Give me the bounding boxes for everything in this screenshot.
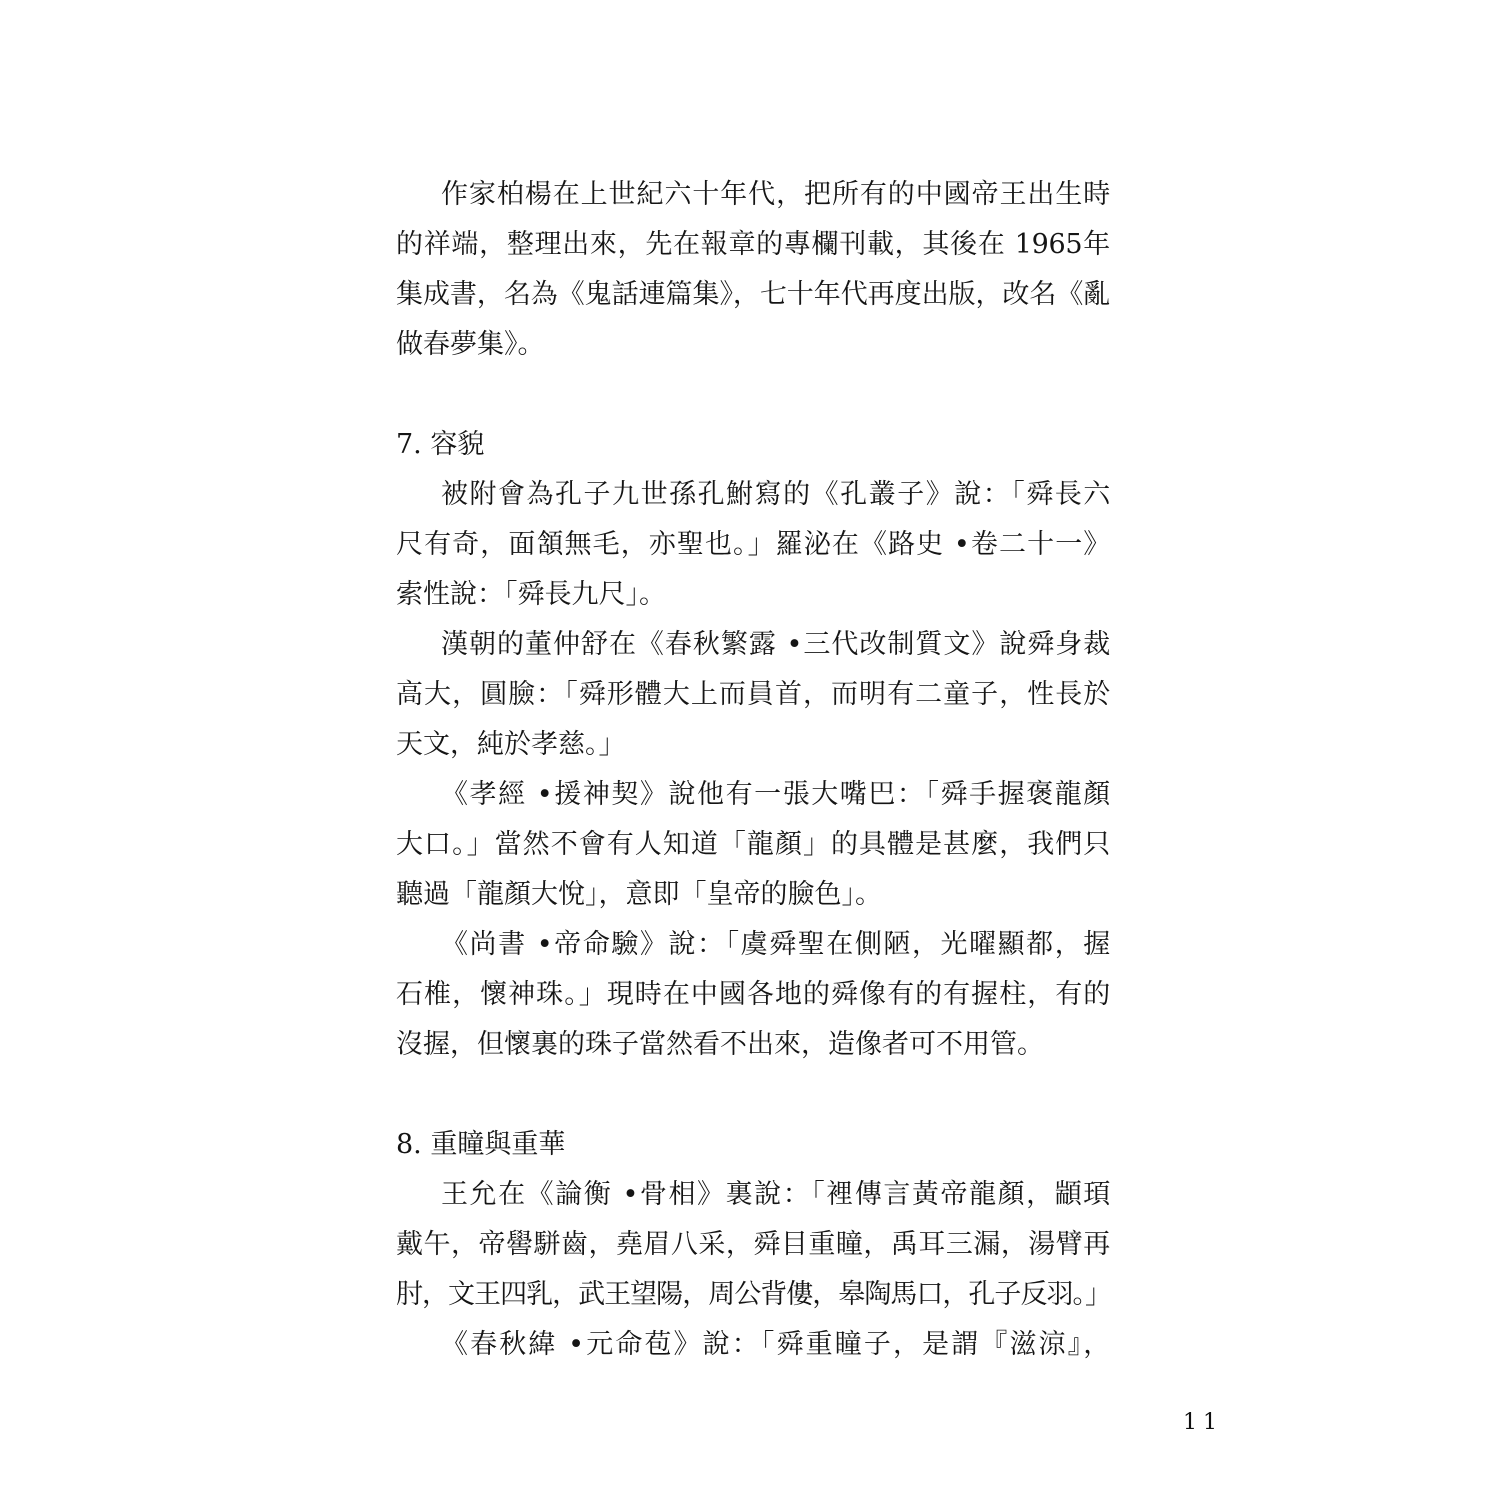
text-line: 《孝經 •援神契》說他有一張大嘴巴：「舜手握褒龍顏: [396, 770, 1110, 820]
paragraph: 漢朝的董仲舒在《春秋繁露 •三代改制質文》說舜身裁高大，圓臉：「舜形體大上而員首…: [396, 620, 1110, 770]
paragraph: 被附會為孔子九世孫孔鮒寫的《孔叢子》說：「舜長六尺有奇，面頷無毛，亦聖也。」羅泌…: [396, 470, 1110, 620]
heading-line: 8. 重瞳與重華: [396, 1120, 1110, 1170]
text-line: 高大，圓臉：「舜形體大上而員首，而明有二童子，性長於: [396, 670, 1110, 720]
paragraph: 《孝經 •援神契》說他有一張大嘴巴：「舜手握褒龍顏大口。」當然不會有人知道「龍顏…: [396, 770, 1110, 920]
text-line: 的祥端，整理出來，先在報章的專欄刊載，其後在 1965年結: [396, 220, 1110, 270]
paragraph: 《尚書 •帝命驗》說：「虞舜聖在側陋，光曜顯都，握石椎，懷神珠。」現時在中國各地…: [396, 920, 1110, 1070]
text-line: 尺有奇，面頷無毛，亦聖也。」羅泌在《路史 •卷二十一》: [396, 520, 1110, 570]
text-line: 被附會為孔子九世孫孔鮒寫的《孔叢子》說：「舜長六: [396, 470, 1110, 520]
paragraph: 王允在《論衡 •骨相》裏說：「裡傳言黃帝龍顏，顓頊戴午，帝嚳駢齒，堯眉八采，舜目…: [396, 1170, 1110, 1320]
page-number: 11: [1183, 1410, 1223, 1435]
text-line: 《春秋緯 •元命苞》說：「舜重瞳子，是謂『滋涼』，: [396, 1320, 1110, 1370]
text-line: 集成書，名為《鬼話連篇集》，七十年代再度出版，改名《亂: [396, 270, 1110, 320]
paragraph: 《春秋緯 •元命苞》說：「舜重瞳子，是謂『滋涼』，: [396, 1320, 1110, 1370]
text-line: 戴午，帝嚳駢齒，堯眉八采，舜目重瞳，禹耳三漏，湯臂再: [396, 1220, 1110, 1270]
text-line: 聽過「龍顏大悅」，意即「皇帝的臉色」。: [396, 870, 1110, 920]
text-line: 天文，純於孝慈。」: [396, 720, 1110, 770]
text-line: 作家柏楊在上世紀六十年代，把所有的中國帝王出生時: [396, 170, 1110, 220]
text-line: 做春夢集》。: [396, 320, 1110, 370]
section-heading: 7. 容貌: [396, 420, 1110, 470]
text-line: 大口。」當然不會有人知道「龍顏」的具體是甚麼，我們只: [396, 820, 1110, 870]
heading-line: 7. 容貌: [396, 420, 1110, 470]
text-line: 漢朝的董仲舒在《春秋繁露 •三代改制質文》說舜身裁: [396, 620, 1110, 670]
text-line: 沒握，但懷裏的珠子當然看不出來，造像者可不用管。: [396, 1020, 1110, 1070]
text-line: 王允在《論衡 •骨相》裏說：「裡傳言黃帝龍顏，顓頊: [396, 1170, 1110, 1220]
text-line: 索性說：「舜長九尺」。: [396, 570, 1110, 620]
text-line: 《尚書 •帝命驗》說：「虞舜聖在側陋，光曜顯都，握: [396, 920, 1110, 970]
paragraph: 作家柏楊在上世紀六十年代，把所有的中國帝王出生時的祥端，整理出來，先在報章的專欄…: [396, 170, 1110, 370]
text-line: 石椎，懷神珠。」現時在中國各地的舜像有的有握柱，有的: [396, 970, 1110, 1020]
body-text: 作家柏楊在上世紀六十年代，把所有的中國帝王出生時的祥端，整理出來，先在報章的專欄…: [396, 170, 1110, 1370]
text-line: 肘，文王四乳，武王望陽，周公背僂，皋陶馬口，孔子反羽。」: [396, 1270, 1110, 1320]
section-heading: 8. 重瞳與重華: [396, 1120, 1110, 1170]
